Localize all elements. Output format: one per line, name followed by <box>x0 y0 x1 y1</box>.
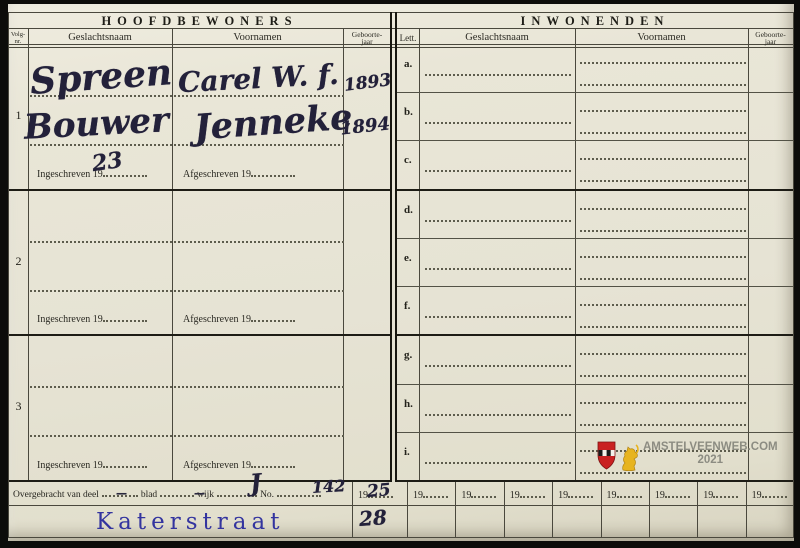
amstelveen-coat-of-arms-icon <box>596 441 640 476</box>
rule-line <box>8 12 794 13</box>
afgeschreven-text: Afgeschreven 19 <box>183 314 251 325</box>
dotted-blank <box>423 489 448 498</box>
inwonenden-rows: a. b. c. d. <box>397 45 793 482</box>
year-label: 19 <box>510 490 520 501</box>
street-stamp: Katerstraat <box>96 509 284 535</box>
watermark-year: 2021 <box>698 454 724 466</box>
writing-line <box>425 74 571 76</box>
handwriting-deel: — <box>116 487 127 500</box>
row-letter: f. <box>404 300 410 312</box>
column-header-volgnr-1: Volg- <box>8 31 28 38</box>
inwonende-row: f. <box>397 287 793 336</box>
year-label: 19 <box>607 490 617 501</box>
writing-line <box>425 220 571 222</box>
writing-line <box>425 170 571 172</box>
writing-line <box>580 326 746 328</box>
dotted-blank <box>103 458 147 468</box>
writing-line <box>580 84 746 86</box>
year-label: 19 <box>655 490 665 501</box>
left-section-title: HOOFDBEWONERS <box>9 14 390 29</box>
year-label: 19 <box>413 490 423 501</box>
inwonende-row: d. <box>397 191 793 239</box>
writing-line <box>425 462 571 464</box>
writing-line <box>580 180 746 182</box>
writing-line <box>580 278 746 280</box>
writing-line <box>30 386 344 388</box>
row-letter: d. <box>404 204 413 216</box>
afgeschreven-label: Afgeschreven 19 <box>183 312 295 325</box>
row-letter: h. <box>404 398 413 410</box>
row-letter: c. <box>404 154 412 166</box>
writing-line <box>580 256 746 258</box>
scanned-register-card: HOOFDBEWONERS INWONENDEN Volg- nr. Gesla… <box>0 0 800 548</box>
year-label: 19 <box>558 490 568 501</box>
dotted-blank <box>471 489 496 498</box>
hoofdbewoner-row: 2 Ingeschreven 19 Afgeschreven 19 <box>9 191 391 337</box>
writing-line <box>580 158 746 160</box>
dotted-blank <box>251 458 295 468</box>
year-cell: 19 <box>455 482 503 537</box>
year-columns: 19 19 19 19 19 19 19 19 19 <box>352 482 794 537</box>
year-cell: 19 <box>504 482 552 537</box>
blad-label: blad <box>141 490 157 500</box>
column-header-voornamen-r: Voornamen <box>575 32 748 43</box>
hoofdbewoner-row: 3 Ingeschreven 19 Afgeschreven 19 <box>9 336 391 482</box>
year-cell: 19 <box>697 482 745 537</box>
inwonende-row: c. <box>397 141 793 190</box>
dotted-blank <box>251 312 295 322</box>
writing-line <box>580 402 746 404</box>
row-number: 3 <box>9 399 28 414</box>
writing-line <box>425 122 571 124</box>
row-letter: i. <box>404 446 410 458</box>
watermark-text: AMSTELVEENWEB.COM 2021 <box>643 441 778 467</box>
afgeschreven-text: Afgeschreven 19 <box>183 460 251 471</box>
dotted-blank <box>713 489 738 498</box>
column-header-volgnr-2: nr. <box>8 38 28 45</box>
year-cell: 19 <box>601 482 649 537</box>
writing-line <box>425 365 571 367</box>
writing-line <box>580 208 746 210</box>
ingeschreven-label: Ingeschreven 19 <box>37 312 147 325</box>
row-letter: a. <box>404 58 412 70</box>
year-cell: 19 <box>407 482 455 537</box>
writing-line <box>580 110 746 112</box>
handwriting-huisnummer-no: 142 <box>312 476 346 497</box>
year-cell: 19 <box>746 482 794 537</box>
dotted-blank <box>251 167 295 177</box>
column-header-geslachtsnaam-r: Geslachtsnaam <box>419 32 575 43</box>
writing-line <box>580 375 746 377</box>
writing-line <box>580 230 746 232</box>
writing-line <box>30 241 344 243</box>
year-cell: 19 <box>552 482 600 537</box>
afgeschreven-text: Afgeschreven 19 <box>183 169 251 180</box>
dotted-blank-blad <box>160 486 194 497</box>
row-letter: g. <box>404 349 412 361</box>
watermark-site: AMSTELVEENWEB.COM <box>643 441 778 453</box>
afgeschreven-label: Afgeschreven 19 <box>183 458 295 471</box>
rule-line <box>8 537 794 538</box>
column-header-voornamen: Voornamen <box>172 32 343 43</box>
inwonende-row: g. <box>397 336 793 384</box>
handwriting-wijk: J <box>249 468 263 498</box>
writing-line <box>30 290 344 292</box>
writing-line <box>580 353 746 355</box>
rule-line <box>793 12 794 537</box>
ingeschreven-text: Ingeschreven 19 <box>37 314 103 325</box>
writing-line <box>580 62 746 64</box>
year-label: 19 <box>461 490 471 501</box>
year-cell: 19 <box>649 482 697 537</box>
writing-line <box>425 414 571 416</box>
column-header-geslachtsnaam: Geslachtsnaam <box>28 32 172 43</box>
dotted-blank <box>520 489 545 498</box>
row-letter: b. <box>404 106 413 118</box>
dotted-blank <box>568 489 593 498</box>
writing-line <box>580 132 746 134</box>
handwriting-year-25: 25 <box>366 480 391 502</box>
inwonende-row: h. <box>397 385 793 433</box>
writing-line <box>425 268 571 270</box>
dotted-blank <box>103 312 147 322</box>
dotted-blank <box>762 489 787 498</box>
overgebracht-row: Overgebracht van deel blad wijk No. <box>13 486 349 500</box>
writing-line <box>425 316 571 318</box>
inwonende-row: b. <box>397 93 793 141</box>
handwriting-surname-2: Bouwer <box>23 100 170 148</box>
writing-line <box>580 424 746 426</box>
inwonende-row: e. <box>397 239 793 287</box>
row-letter: e. <box>404 252 412 264</box>
handwriting-blad: — <box>194 487 205 500</box>
writing-line <box>580 304 746 306</box>
overgebracht-label: Overgebracht van deel <box>13 490 99 500</box>
watermark: AMSTELVEENWEB.COM 2021 <box>596 441 778 476</box>
right-section-title: INWONENDEN <box>397 14 793 29</box>
year-label: 19 <box>752 490 762 501</box>
ingeschreven-label: Ingeschreven 19 <box>37 458 147 471</box>
year-label: 19 <box>703 490 713 501</box>
afgeschreven-label: Afgeschreven 19 <box>183 167 295 180</box>
row-number: 2 <box>9 254 28 269</box>
dotted-blank <box>617 489 642 498</box>
card-paper: HOOFDBEWONERS INWONENDEN Volg- nr. Gesla… <box>8 4 794 541</box>
column-header-lett: Lett. <box>396 33 420 43</box>
writing-line <box>30 435 344 437</box>
ingeschreven-text: Ingeschreven 19 <box>37 460 103 471</box>
dotted-blank <box>665 489 690 498</box>
handwriting-house-number: 28 <box>358 505 387 531</box>
inwonende-row: a. <box>397 45 793 93</box>
handwriting-ingeschreven-year: 23 <box>90 147 124 177</box>
